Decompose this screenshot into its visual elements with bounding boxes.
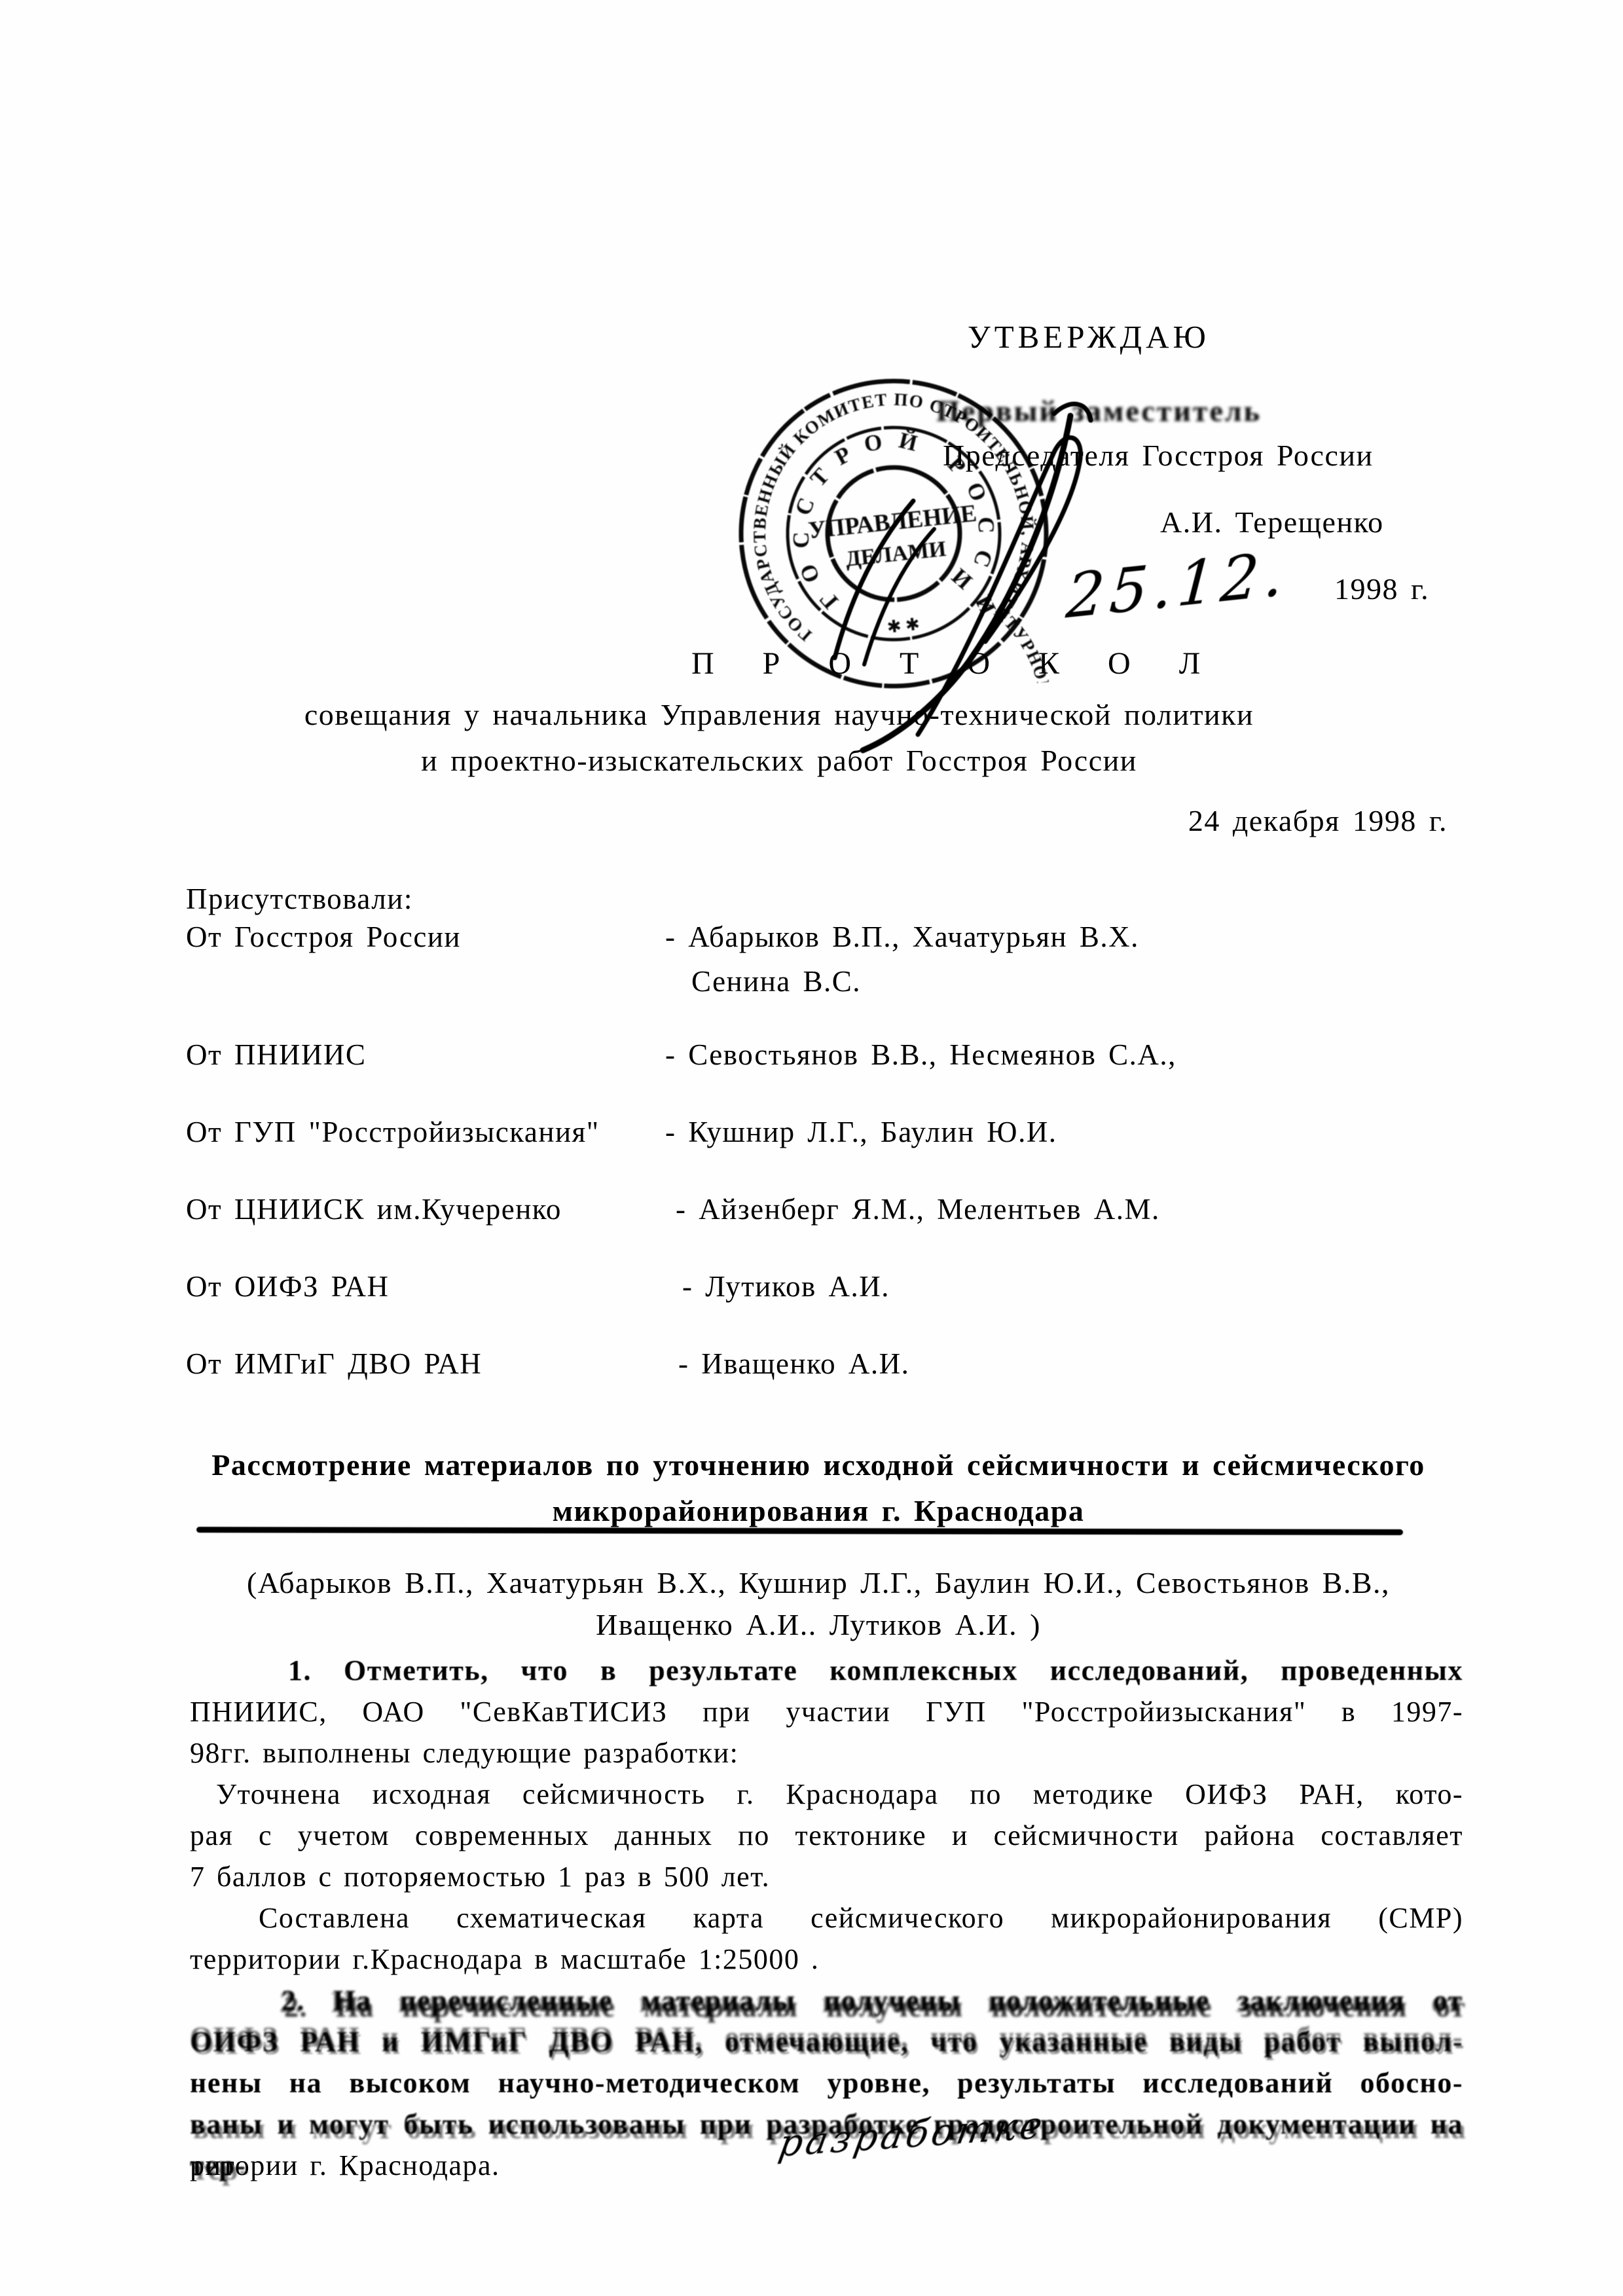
body-line: ПНИИИС, ОАО "СевКавТИСИЗ при участии ГУП…	[190, 1691, 1463, 1732]
body-line: территории г.Краснодара в масштабе 1:250…	[190, 1939, 1463, 1980]
doc-subtitle-line2: и проектно-изыскательских работ Госстроя…	[157, 744, 1401, 778]
signature-scribble	[687, 367, 1185, 799]
body-line: 98гг. выполнены следующие разработки:	[190, 1732, 1463, 1774]
body-line: 7 баллов с поторяемостью 1 раз в 500 лет…	[190, 1856, 1463, 1897]
attendee-names: - Иващенко А.И.	[678, 1347, 909, 1381]
attendee-org: От ГУП "Росстройизыскания"	[186, 1116, 600, 1150]
subject-line1: Рассмотрение материалов по уточнению исх…	[177, 1448, 1460, 1483]
attendee-org: От ПНИИИС	[186, 1038, 366, 1072]
body-line-smudged: ОИФЗ РАН и ИМГиГ ДВО РАН, отмечающие, чт…	[190, 2021, 1463, 2062]
approve-label: УТВЕРЖДАЮ	[968, 319, 1210, 355]
attendee-names-continued: Сенина В.С.	[691, 965, 861, 999]
year-label: 1998 г.	[1334, 572, 1429, 607]
approver-name: А.И. Терещенко	[1160, 505, 1384, 540]
body-line: нены на высоком научно-методическом уров…	[190, 2062, 1463, 2104]
participants-line1: (Абарыков В.П., Хачатурьян В.Х., Кушнир …	[164, 1566, 1473, 1601]
attendee-names: - Севостьянов В.В., Несмеянов С.А.,	[665, 1038, 1176, 1072]
attendee-org: От ЦНИИСК им.Кучеренко	[186, 1193, 562, 1227]
attendee-names: - Айзенберг Я.М., Мелентьев А.М.	[676, 1193, 1160, 1227]
body-text: 1. Отметить, что в результате комплексны…	[190, 1650, 1463, 2186]
scanned-protocol-page: УТВЕРЖДАЮ Первый заместитель Председател…	[0, 0, 1623, 2296]
meeting-date: 24 декабря 1998 г.	[1188, 804, 1448, 839]
attendee-names: - Абарыков В.П., Хачатурьян В.Х.	[665, 920, 1139, 955]
subject-line2: микрорайонирования г. Краснодара	[177, 1494, 1460, 1529]
body-line: рая с учетом современных данных по текто…	[190, 1815, 1463, 1856]
attendees-heading: Присутствовали:	[186, 883, 413, 917]
body-line: Уточнена исходная сейсмичность г. Красно…	[190, 1774, 1463, 1815]
attendee-org: От ОИФЗ РАН	[186, 1270, 390, 1304]
body-line: 1. Отметить, что в результате комплексны…	[190, 1650, 1463, 1691]
body-line: Составлена схематическая карта сейсмичес…	[190, 1897, 1463, 1939]
attendee-names: - Лутиков А.И.	[682, 1270, 890, 1304]
attendee-org: От ИМГиГ ДВО РАН	[186, 1347, 482, 1381]
doc-subtitle-line1: совещания у начальника Управления научно…	[157, 698, 1401, 733]
body-line-smudged: 2. На перечисленные материалы получены п…	[190, 1980, 1463, 2021]
attendee-names: - Кушнир Л.Г., Баулин Ю.И.	[665, 1116, 1057, 1150]
doc-title: П Р О Т О К О Л	[691, 646, 1218, 682]
attendee-org: От Госстроя России	[186, 920, 461, 955]
participants-line2: Иващенко А.И.. Лутиков А.И. )	[164, 1608, 1473, 1643]
